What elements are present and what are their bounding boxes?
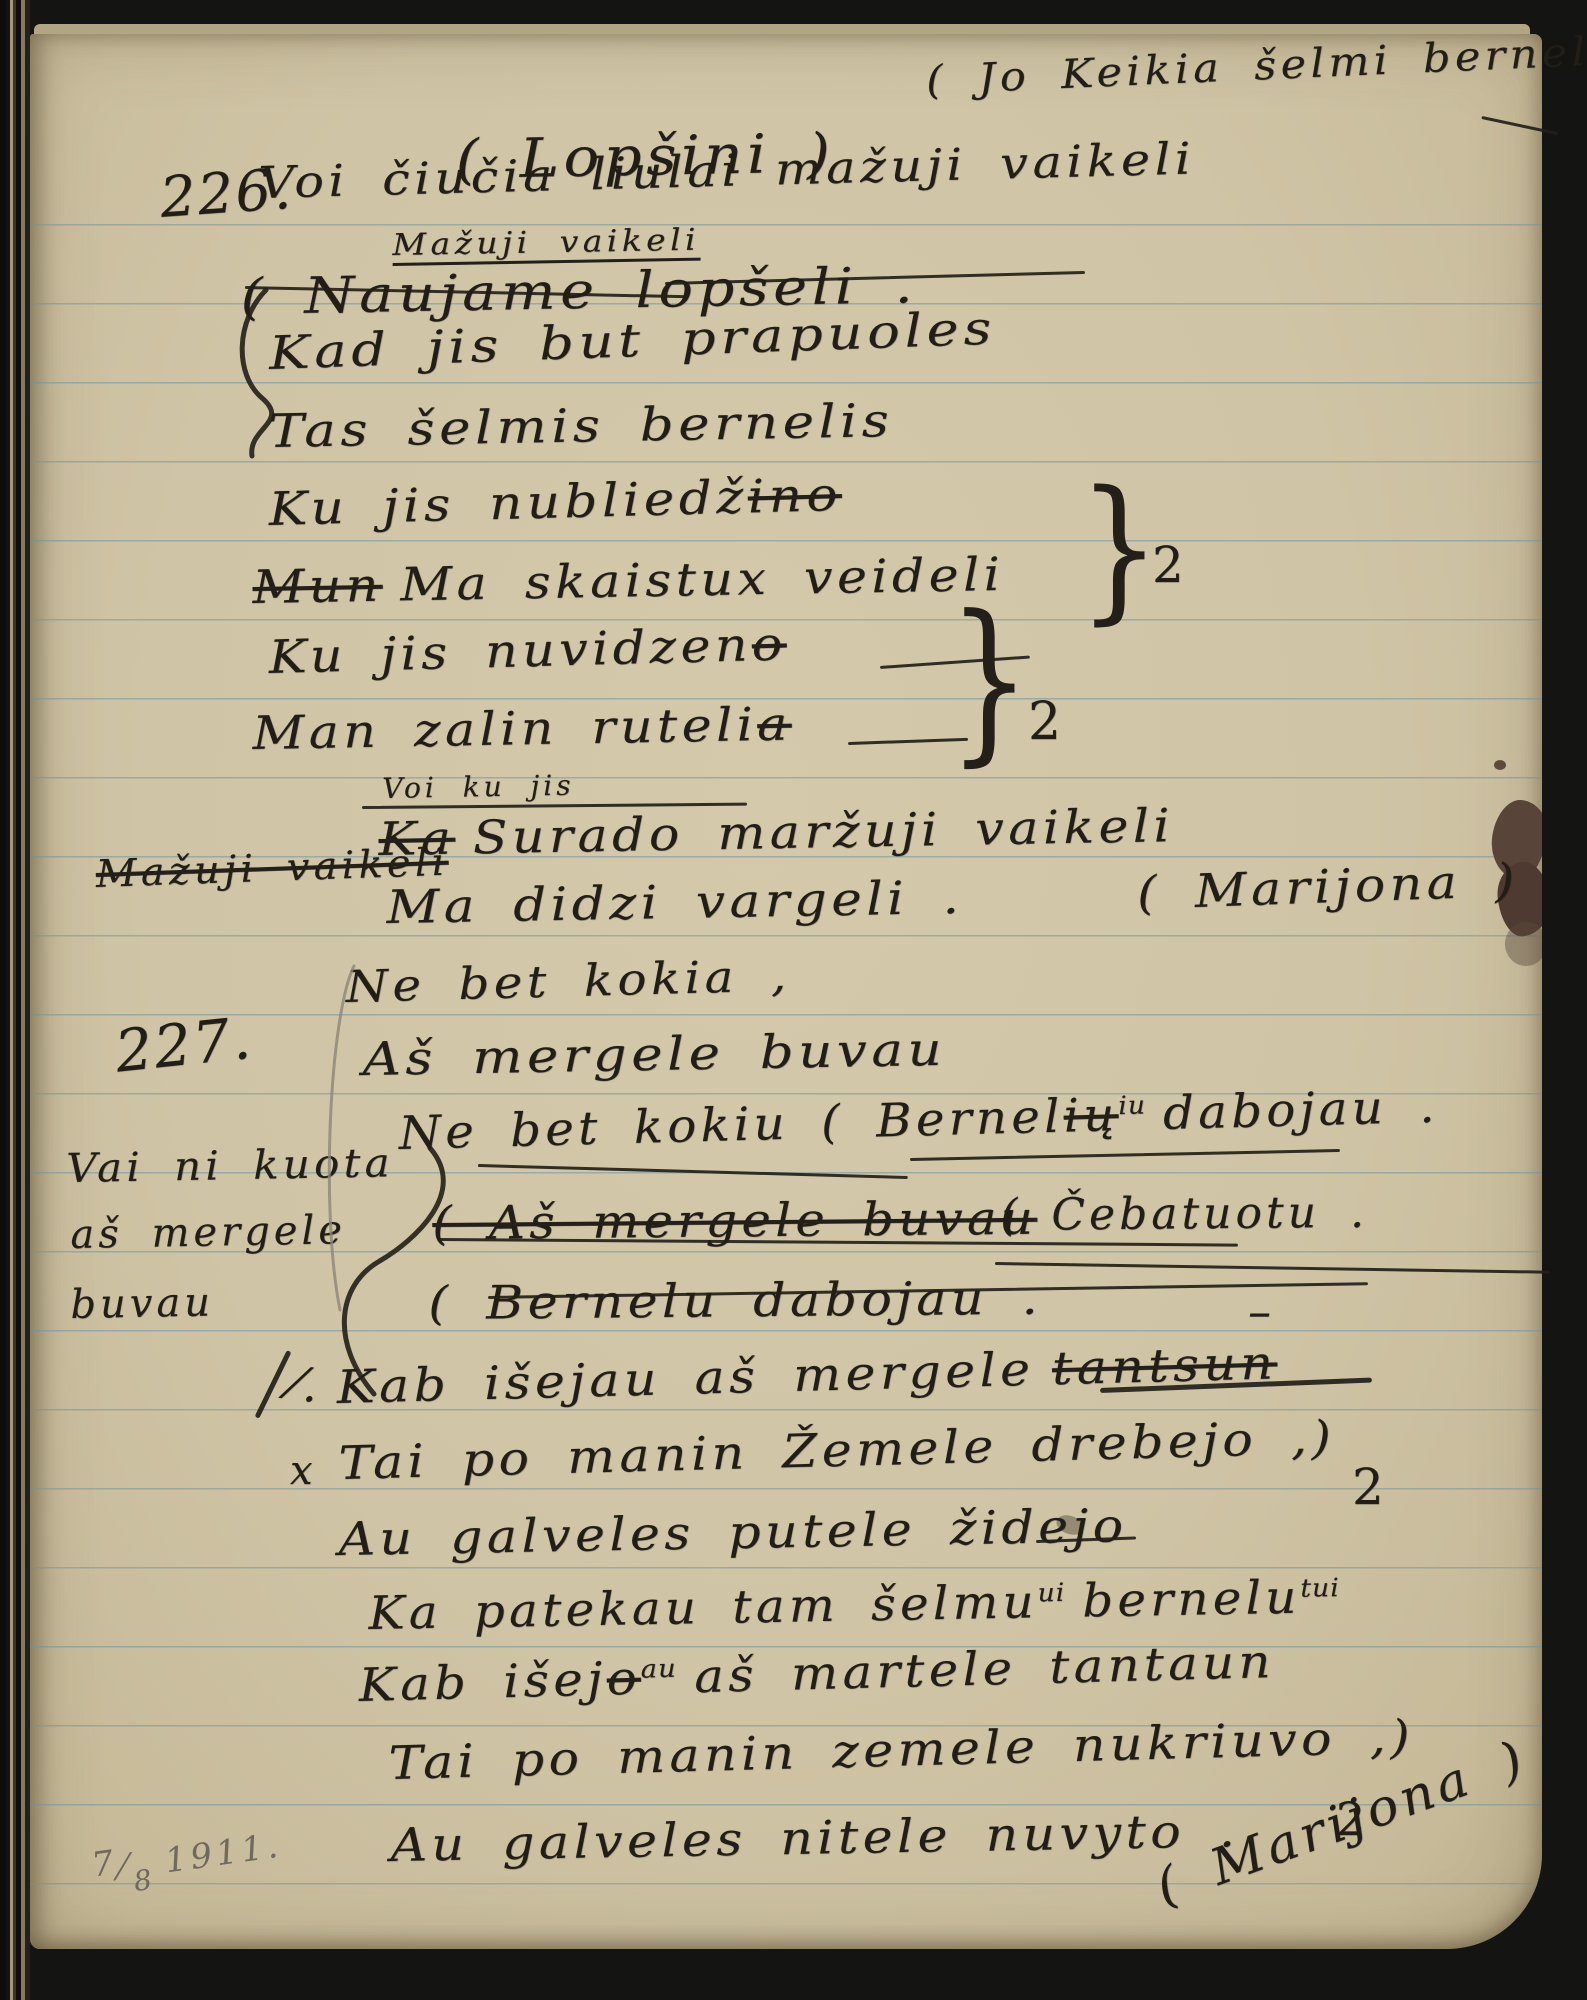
- song-number-227: 227.: [112, 1004, 255, 1086]
- repeat-count: 2: [1352, 1458, 1388, 1516]
- inserted-correction: Mažuji vaikeli: [392, 223, 700, 266]
- margin-note-line: aš mergele: [70, 1207, 346, 1258]
- struck-text: a: [757, 697, 793, 752]
- superscript-correction: tui: [1300, 1573, 1340, 1603]
- repeat-brace: }: [948, 592, 1031, 768]
- ink-dot: [1494, 760, 1506, 770]
- verse-line: Ma didzi vargeli .: [386, 870, 964, 934]
- date-month: 8: [132, 1862, 158, 1898]
- inserted-correction: Voi ku jis: [382, 769, 575, 805]
- struck-text: o: [606, 1651, 642, 1706]
- verse-line: Aš mergele buvau: [362, 1022, 947, 1086]
- superscript-correction: ui: [1037, 1577, 1065, 1606]
- verse-text: Kab išej: [358, 1652, 607, 1712]
- x-mark: x: [290, 1448, 317, 1494]
- struck-text: Mun: [252, 558, 383, 614]
- verse-text: Ma skaistux veideli: [400, 547, 1005, 612]
- verse-text: bernelu: [1082, 1570, 1301, 1628]
- dash-mark: –: [1248, 1284, 1275, 1338]
- scanned-notebook-page: { "header": { "title": "( Lopšini )", "n…: [0, 0, 1587, 2000]
- verse-line: ( Čebatuotu .: [1000, 1187, 1368, 1241]
- margin-note-line: Vai ni kuota: [66, 1140, 394, 1192]
- superscript-correction: au: [640, 1653, 677, 1683]
- struck-text: o: [751, 616, 787, 671]
- superscript-correction: iu: [1118, 1090, 1146, 1120]
- ink-stain-smear: [1505, 922, 1542, 966]
- date-day: 7: [89, 1842, 120, 1885]
- book-binding-edge: [0, 0, 30, 2000]
- struck-text: ino: [747, 467, 843, 523]
- verse-line: ( Bernelu dabojau .: [428, 1271, 1042, 1330]
- verse-text: dabojau .: [1162, 1079, 1439, 1140]
- verse-line: Tas šelmis bernelis: [268, 393, 894, 458]
- struck-text: ių: [1063, 1087, 1119, 1142]
- margin-note-line: buvau: [70, 1279, 214, 1327]
- verse-line: Man zalin rutelia: [252, 697, 792, 760]
- repeat-count: 2: [1152, 536, 1188, 594]
- verse-text: Man zalin ruteli: [252, 697, 758, 760]
- repeat-brace: }: [1078, 470, 1161, 626]
- repeat-count: 2: [1028, 692, 1065, 752]
